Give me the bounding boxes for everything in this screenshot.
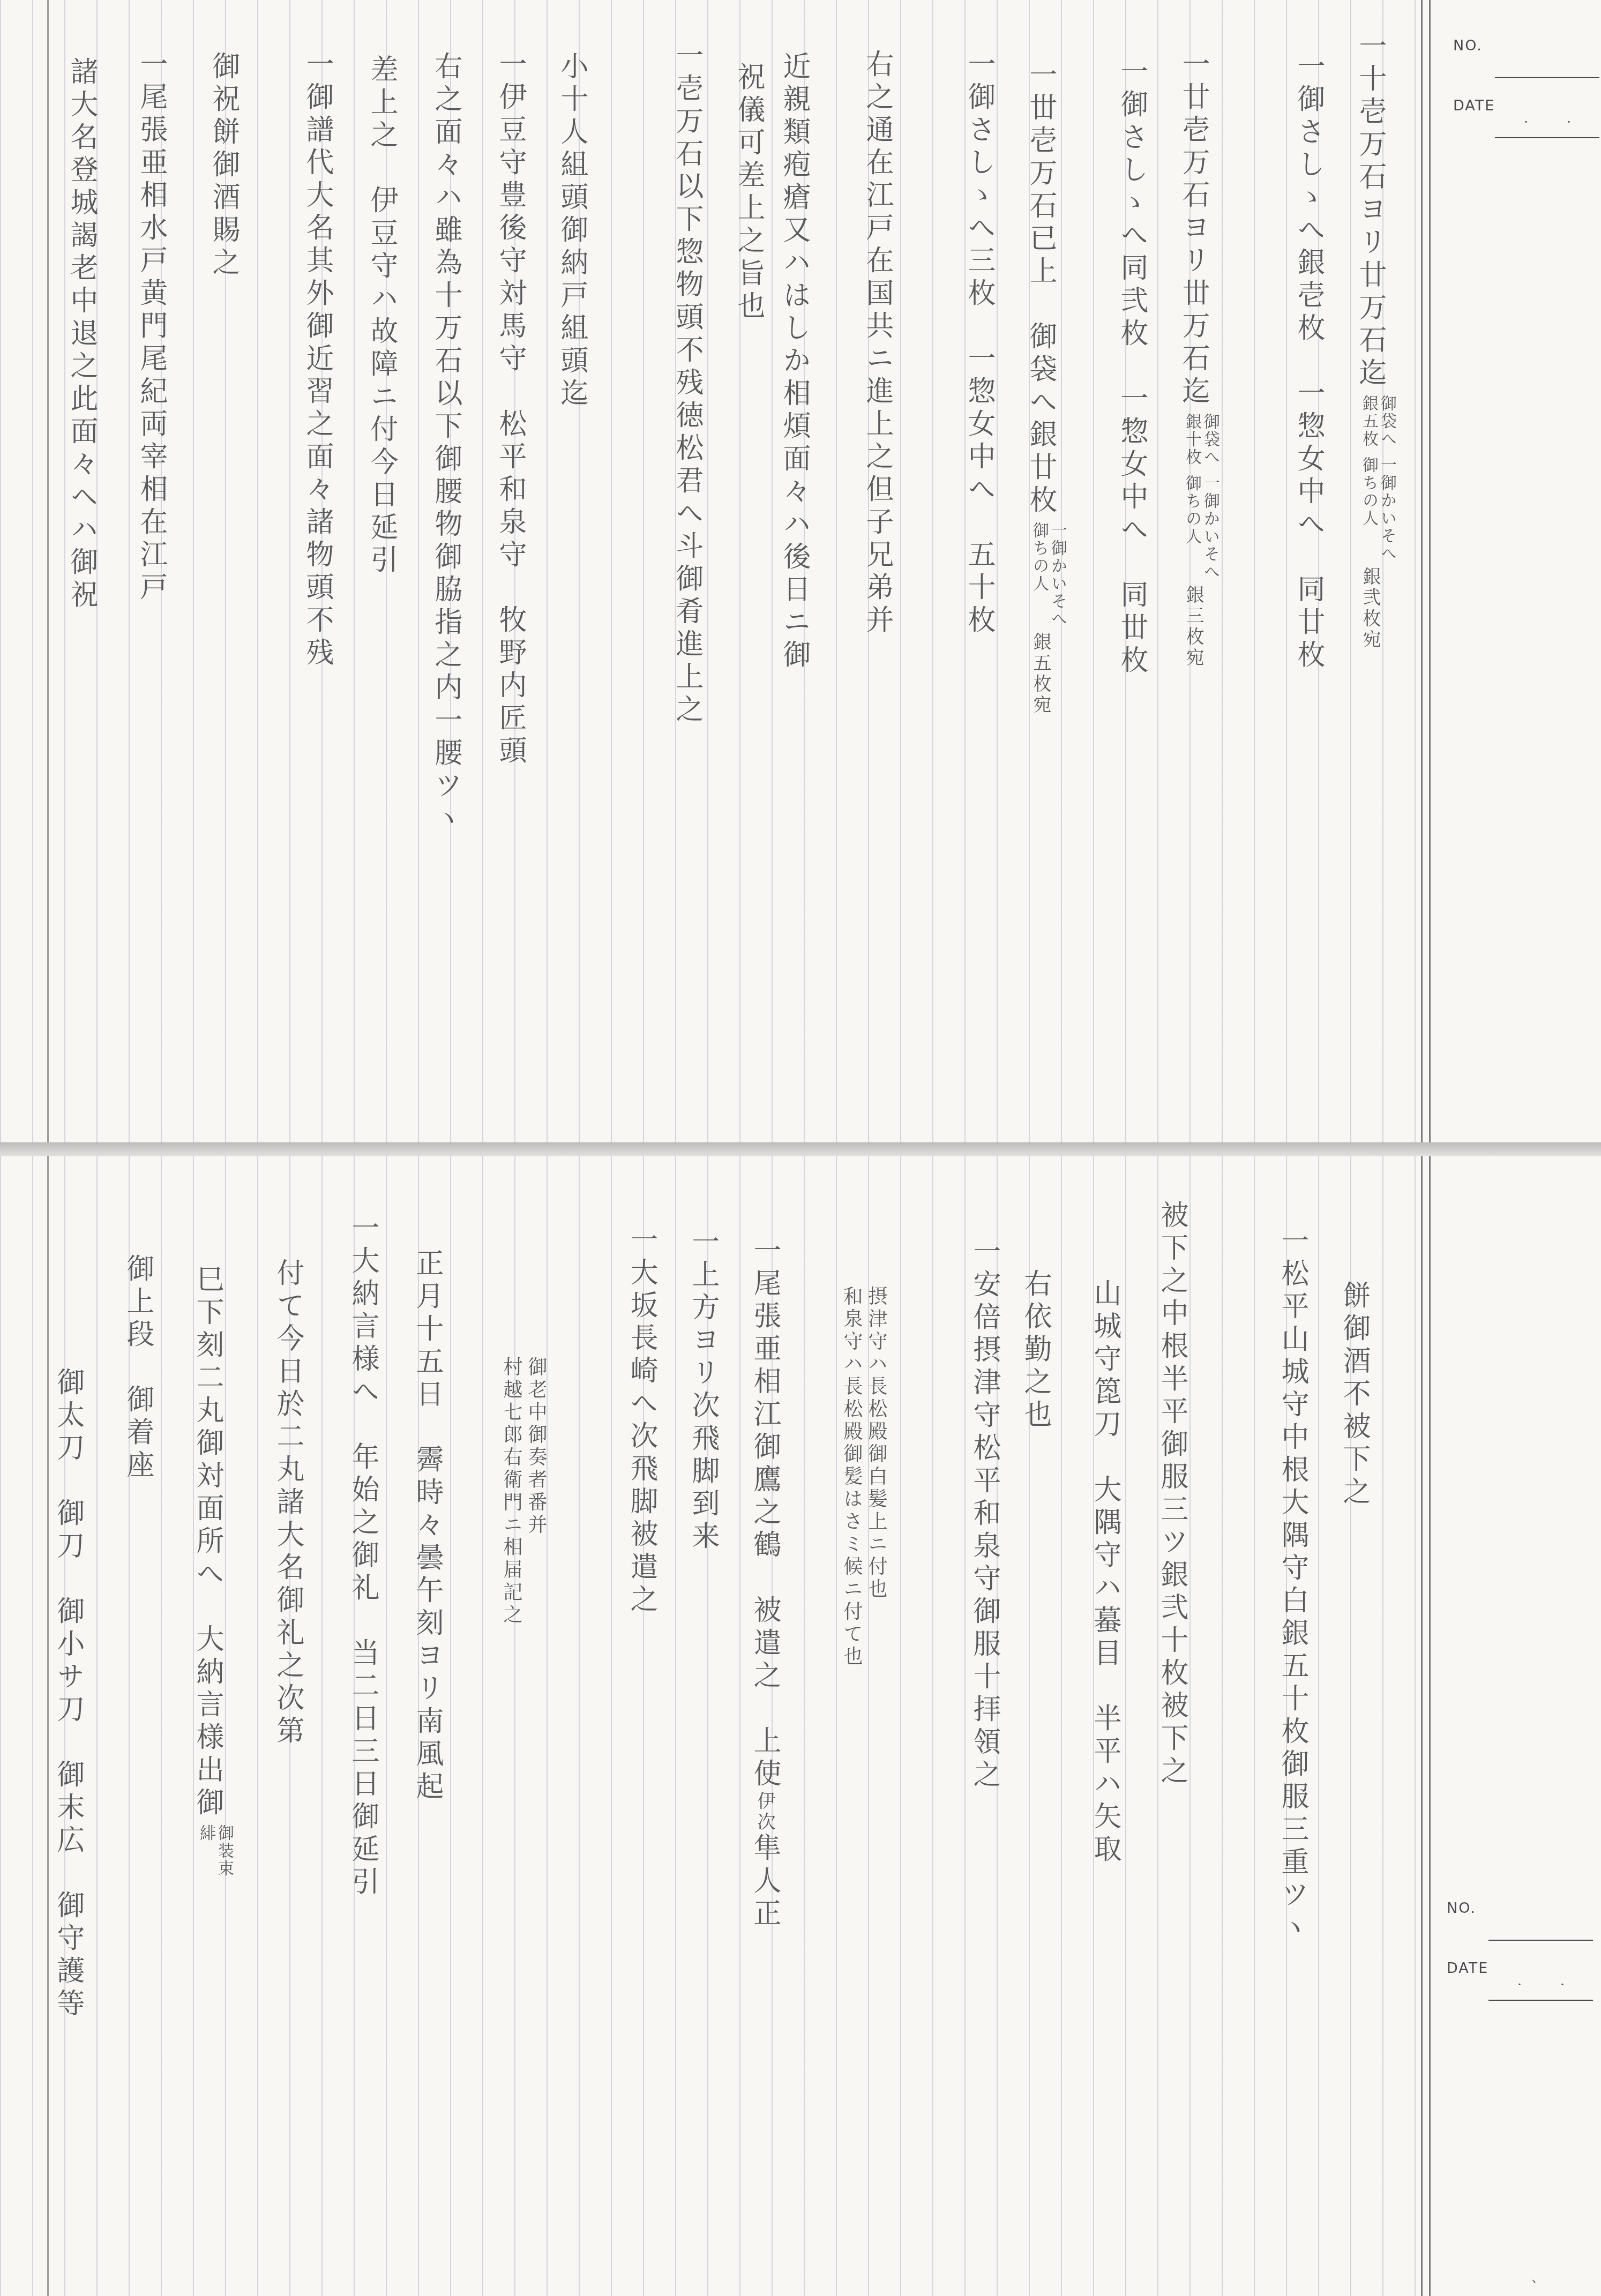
no-line [1488, 1940, 1593, 1941]
handwritten-column: 御太刀 御刀 御小サ刀 御末広 御守護等 [51, 1367, 85, 2021]
header-no-row: NO. [1453, 33, 1601, 93]
page-edge-shadow [47, 1156, 49, 2296]
no-label: NO. [1447, 1900, 1476, 1917]
page-edge-shadow [47, 0, 49, 1142]
handwritten-column: 小十人組頭御納戸組頭迄 [555, 51, 588, 411]
handwritten-column: 一大坂長崎へ次飛脚被遣之 [625, 1225, 658, 1617]
page-seam [0, 1142, 1601, 1156]
handwritten-column: 一安倍摂津守松平和泉守御服十拝領之 [968, 1237, 1001, 1792]
date-dots: ・・ [1498, 1977, 1584, 1991]
page-header: NO. DATE ・・ [1447, 1896, 1601, 2016]
handwritten-column: 祝儀可差上之旨也 [732, 62, 765, 324]
handwritten-column: 御祝餅御酒賜之 [207, 51, 240, 280]
handwritten-column: 諸大名登城謁老中退之此面々ヘハ御祝 [65, 57, 98, 612]
notebook-page-2: NO. DATE ・・ 餅御酒不被下之 一松平山城守中根大隅守白銀五十枚御服三重… [0, 1156, 1601, 2296]
handwritten-column: 正月十五日 霽時々曇午刻ヨリ南風起 [410, 1248, 444, 1804]
handwritten-column: 餅御酒不被下之 [1337, 1281, 1371, 1509]
handwritten-column: 近親類疱瘡又ハはしか相煩面々ハ後日ニ御 [777, 51, 811, 672]
handwritten-column: 一伊豆守豊後守対馬守 松平和泉守 牧野内匠頭 [493, 49, 527, 768]
handwritten-column: 一御譜代大名其外御近習之面々諸物頭不残 [301, 49, 334, 670]
margin-double-line [1421, 1156, 1431, 2296]
handwritten-column: 一御さしゝへ同弐枚 一惣女中へ 同丗枚 [1115, 57, 1148, 678]
date-line [1495, 137, 1599, 138]
handwritten-column: 御老中御奏者番并村越七郎右衛門ニ相届記之 [499, 1357, 548, 1627]
handwritten-column: 巳下刻二丸御対面所へ 大納言様出御御装束緋 [191, 1265, 233, 1882]
handwritten-column: 一大納言様へ 年始之御礼 当二日三日御延引 [346, 1213, 379, 1899]
header-no-row: NO. [1447, 1896, 1601, 1956]
handwritten-column: 右依勤之也 [1019, 1269, 1052, 1432]
handwritten-column: 被下之中根半平御服三ツ銀弐十枚被下之 [1155, 1200, 1188, 1789]
no-label: NO. [1453, 38, 1483, 54]
date-label: DATE [1447, 1960, 1488, 1977]
handwritten-column: 一御さしゝへ三枚 一惣女中へ 五十枚 [962, 49, 996, 638]
handwritten-column: 差上之 伊豆守ハ故障ニ付今日延引 [365, 55, 398, 578]
handwritten-column: 一十壱万石ヨリ廿万石迄御袋へ銀五枚一御かいそへ御ちの人銀弐枚宛 [1353, 31, 1396, 650]
corner-pencil-tick: 、 [1531, 2267, 1545, 2286]
handwritten-column: 右之面々ハ雖為十万石以下御腰物御脇指之内一腰ツヽ [429, 51, 462, 836]
handwritten-column: 一上方ヨリ次飛脚到来 [686, 1227, 720, 1554]
handwritten-column: 一松平山城守中根大隅守白銀五十枚御服三重ツヽ [1276, 1226, 1309, 1945]
header-date-row: DATE ・・ [1453, 93, 1601, 153]
handwritten-column: 一廿壱万石ヨリ丗万石迄御袋へ銀十枚一御かいそへ御ちの人銀三枚宛 [1177, 49, 1219, 669]
handwritten-column: 摂津守ハ長松殿御白髪上ニ付也和泉守ハ長松殿御髪はさミ候ニ付て也 [839, 1286, 888, 1669]
handwritten-column: 一尾張亜相江御鷹之鶴 被遣之 上使伊次隼人正 [748, 1236, 781, 1931]
margin-double-line [1421, 0, 1431, 1142]
notebook-page-1: NO. DATE ・・ 一十壱万石ヨリ廿万石迄御袋へ銀五枚一御かいそへ御ちの人銀… [0, 0, 1601, 1142]
date-dots: ・・ [1505, 115, 1590, 129]
handwritten-column: 一御さしゝへ銀壱枚 一惣女中へ 同廿枚 [1292, 51, 1325, 672]
handwritten-column: 一尾張亜相水戸黄門尾紀両宰相在江戸 [134, 49, 168, 605]
handwritten-column: 右之通在江戸在国共ニ進上之但子兄弟并 [861, 49, 894, 638]
handwritten-column: 付て今日於二丸諸大名御礼之次第 [271, 1258, 304, 1748]
handwritten-column: 一壱万石以下惣物頭不残徳松君へ斗御肴進上之 [670, 41, 704, 727]
date-line [1488, 2000, 1593, 2001]
no-line [1495, 77, 1599, 78]
handwritten-column: 一丗壱万石已上 御袋へ銀廿枚一御かいそへ御ちの人銀五枚宛 [1024, 60, 1066, 716]
handwritten-column: 御上段 御着座 [121, 1254, 154, 1483]
page-header: NO. DATE ・・ [1453, 33, 1601, 153]
handwritten-column: 山城守箆刀 大隅守ハ蟇目 半平ハ矢取 [1088, 1278, 1121, 1867]
header-date-row: DATE ・・ [1447, 1956, 1601, 2016]
date-label: DATE [1453, 98, 1495, 114]
